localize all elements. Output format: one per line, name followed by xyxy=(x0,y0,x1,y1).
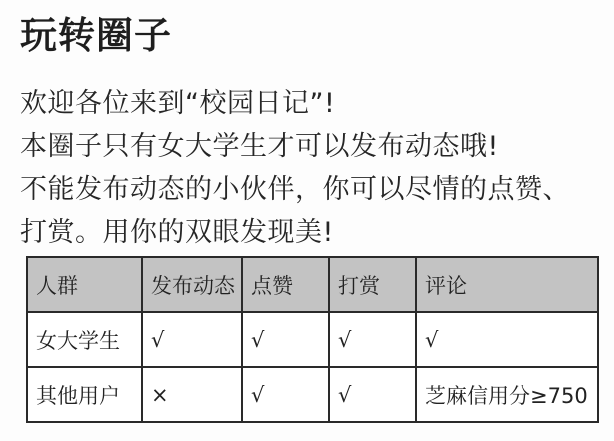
intro-line-3: 不能发布动态的小伙伴，你可以尽情的点赞、 xyxy=(20,168,598,211)
permissions-table: 人群 发布动态 点赞 打赏 评论 女大学生 √ √ √ √ 其他用户 × √ √… xyxy=(26,256,599,423)
col-header-comment: 评论 xyxy=(416,257,598,312)
comment-permission-mark: √ xyxy=(416,312,598,367)
like-permission-mark: √ xyxy=(242,312,329,367)
col-header-like: 点赞 xyxy=(242,257,329,312)
intro-line-1: 欢迎各位来到“校园日记”! xyxy=(20,82,598,125)
intro-line-4: 打赏。用你的双眼发现美! xyxy=(20,211,598,254)
col-header-reward: 打赏 xyxy=(329,257,416,312)
comment-permission-condition: 芝麻信用分≥750 xyxy=(416,367,598,422)
post-permission-mark: × xyxy=(142,367,242,422)
reward-permission-mark: √ xyxy=(329,312,416,367)
row-label: 女大学生 xyxy=(27,312,142,367)
like-permission-mark: √ xyxy=(242,367,329,422)
intro-line-2: 本圈子只有女大学生才可以发布动态哦! xyxy=(20,125,598,168)
table-row-other-users: 其他用户 × √ √ 芝麻信用分≥750 xyxy=(27,367,598,422)
page-title: 玩转圈子 xyxy=(20,14,598,58)
intro-text: 欢迎各位来到“校园日记”! 本圈子只有女大学生才可以发布动态哦! 不能发布动态的… xyxy=(20,82,598,254)
col-header-post: 发布动态 xyxy=(142,257,242,312)
campus-diary-notice: 玩转圈子 欢迎各位来到“校园日记”! 本圈子只有女大学生才可以发布动态哦! 不能… xyxy=(0,0,614,441)
table-header-row: 人群 发布动态 点赞 打赏 评论 xyxy=(27,257,598,312)
table-row-female-students: 女大学生 √ √ √ √ xyxy=(27,312,598,367)
col-header-group: 人群 xyxy=(27,257,142,312)
row-label: 其他用户 xyxy=(27,367,142,422)
post-permission-mark: √ xyxy=(142,312,242,367)
reward-permission-mark: √ xyxy=(329,367,416,422)
